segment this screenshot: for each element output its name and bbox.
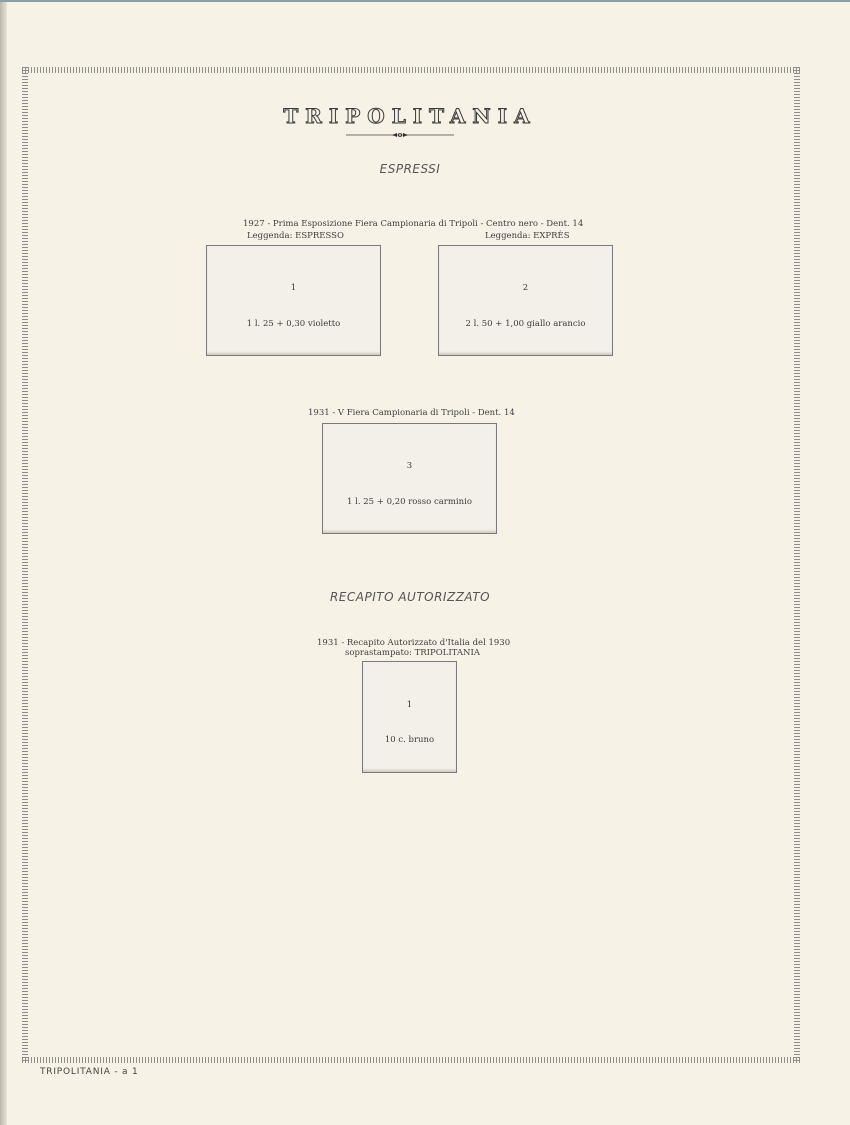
group-caption-overprint: soprastampato: TRIPOLITANIA — [345, 648, 480, 658]
stamp-description: 1 l. 25 + 0,30 violetto — [207, 319, 380, 329]
stamp-slot: 1 10 c. bruno — [362, 661, 457, 773]
border-right — [794, 67, 800, 1063]
stamp-description: 1 l. 25 + 0,20 rosso carminio — [323, 497, 496, 507]
stamp-number: 2 — [439, 283, 612, 293]
border-left — [22, 67, 28, 1063]
legend-right: Leggenda: EXPRÈS — [485, 231, 570, 241]
stamp-slot: 1 1 l. 25 + 0,30 violetto — [206, 245, 381, 356]
stamp-number: 3 — [323, 461, 496, 471]
group-caption: 1931 - V Fiera Campionaria di Tripoli - … — [308, 408, 515, 418]
stamp-description: 10 c. bruno — [363, 735, 456, 745]
stamp-number: 1 — [363, 700, 456, 710]
section-heading-recapito-autorizzato: RECAPITO AUTORIZZATO — [0, 590, 820, 604]
border-bottom — [22, 1057, 800, 1063]
page-top-edge — [0, 0, 850, 2]
group-caption: 1931 - Recapito Autorizzato d'Italia del… — [317, 638, 510, 648]
stamp-description: 2 l. 50 + 1,00 giallo arancio — [439, 319, 612, 329]
border-top — [22, 67, 800, 73]
section-heading-espressi: ESPRESSI — [0, 162, 820, 176]
group-caption: 1927 - Prima Esposizione Fiera Campionar… — [243, 219, 583, 229]
stamp-slot: 3 1 l. 25 + 0,20 rosso carminio — [322, 423, 497, 534]
title-ornament-icon — [346, 132, 454, 138]
stamp-number: 1 — [207, 283, 380, 293]
hatched-page-border — [22, 67, 800, 1063]
legend-left: Leggenda: ESPRESSO — [247, 231, 344, 241]
page-footer: TRIPOLITANIA - a 1 — [40, 1067, 139, 1077]
page-title: TRIPOLITANIA — [0, 104, 820, 128]
stamp-slot: 2 2 l. 50 + 1,00 giallo arancio — [438, 245, 613, 356]
